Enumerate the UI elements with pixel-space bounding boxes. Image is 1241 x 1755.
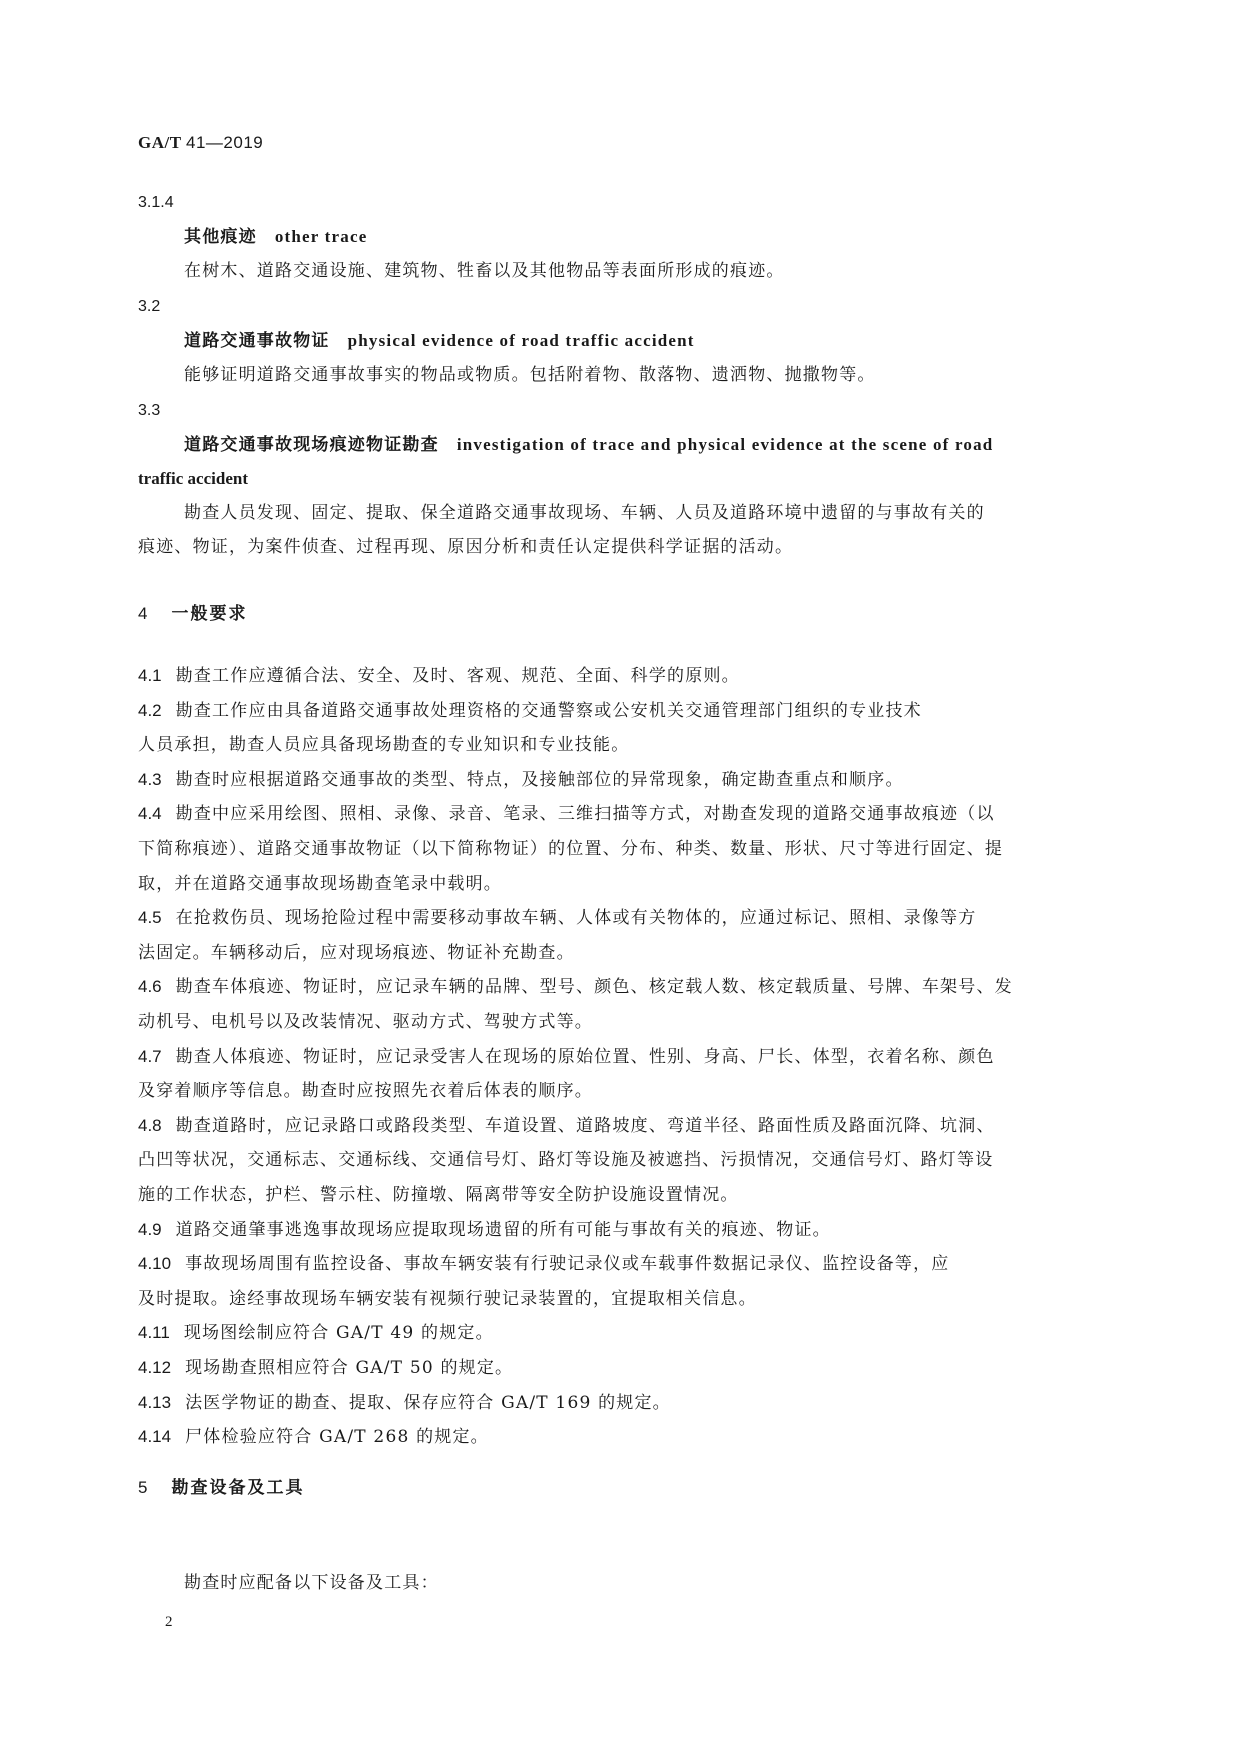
clause-number-3-1-4: 3.1.4 <box>138 192 174 214</box>
list-item-continuation: 动机号、电机号以及改装情况、驱动方式、驾驶方式等。 <box>138 1011 593 1033</box>
item-text: 勘查工作应由具备道路交通事故处理资格的交通警察或公安机关交通管理部门组织的专业技… <box>176 701 922 721</box>
term-en: investigation of trace and physical evid… <box>457 435 994 454</box>
term-3-1-4: 其他痕迹other trace <box>184 226 367 248</box>
section-number: 5 <box>138 1478 149 1497</box>
list-item-continuation: 施的工作状态，护栏、警示柱、防撞墩、隔离带等安全防护设施设置情况。 <box>138 1184 739 1206</box>
list-item: 4.13法医学物证的勘查、提取、保存应符合 GA/T 169 的规定。 <box>138 1392 671 1414</box>
item-number: 4.1 <box>138 665 162 687</box>
list-item: 4.9道路交通肇事逃逸事故现场应提取现场遗留的所有可能与事故有关的痕迹、物证。 <box>138 1219 831 1241</box>
clause-number-3-3: 3.3 <box>138 400 160 422</box>
term-en: other trace <box>275 227 368 246</box>
list-item-continuation: 法固定。车辆移动后，应对现场痕迹、物证补充勘查。 <box>138 942 575 964</box>
term-cn: 其他痕迹 <box>184 227 257 247</box>
document-page: GA/T 41—2019 3.1.4 其他痕迹other trace 在树木、道… <box>0 0 1241 1755</box>
term-3-3: 道路交通事故现场痕迹物证勘查investigation of trace and… <box>184 434 993 456</box>
item-number: 4.2 <box>138 700 162 722</box>
standard-number: GA/T 41—2019 <box>138 133 263 153</box>
item-text: 勘查时应根据道路交通事故的类型、特点，及接触部位的异常现象，确定勘查重点和顺序。 <box>176 770 904 790</box>
item-text: 施的工作状态，护栏、警示柱、防撞墩、隔离带等安全防护设施设置情况。 <box>138 1185 739 1205</box>
list-item: 4.7勘查人体痕迹、物证时，应记录受害人在现场的原始位置、性别、身高、尸长、体型… <box>138 1046 995 1068</box>
list-item: 4.4勘查中应采用绘图、照相、录像、录音、笔录、三维扫描等方式，对勘查发现的道路… <box>138 803 995 825</box>
definition-3-3-line1: 勘查人员发现、固定、提取、保全道路交通事故现场、车辆、人员及道路环境中遗留的与事… <box>184 502 985 524</box>
definition-3-3-line2: 痕迹、物证，为案件侦查、过程再现、原因分析和责任认定提供科学证据的活动。 <box>138 536 793 558</box>
section-title: 一般要求 <box>171 604 247 623</box>
term-cn: 道路交通事故物证 <box>184 331 330 351</box>
list-item: 4.5在抢救伤员、现场抢险过程中需要移动事故车辆、人体或有关物体的，应通过标记、… <box>138 907 976 929</box>
section-number: 4 <box>138 604 149 623</box>
item-text: 法医学物证的勘查、提取、保存应符合 GA/T 169 的规定。 <box>185 1393 671 1413</box>
item-number: 4.4 <box>138 803 162 825</box>
clause-number-3-2: 3.2 <box>138 296 160 318</box>
list-item: 4.8勘查道路时，应记录路口或路段类型、车道设置、道路坡度、弯道半径、路面性质及… <box>138 1115 995 1137</box>
item-number: 4.3 <box>138 769 162 791</box>
item-number: 4.14 <box>138 1426 171 1448</box>
list-item-continuation: 人员承担，勘查人员应具备现场勘查的专业知识和专业技能。 <box>138 734 629 756</box>
term-3-2: 道路交通事故物证physical evidence of road traffi… <box>184 330 695 352</box>
item-text: 勘查人体痕迹、物证时，应记录受害人在现场的原始位置、性别、身高、尸长、体型，衣着… <box>176 1047 995 1067</box>
item-number: 4.11 <box>138 1322 170 1344</box>
section-heading-4: 4一般要求 <box>138 603 247 625</box>
item-text: 事故现场周围有监控设备、事故车辆安装有行驶记录仪或车载事件数据记录仪、监控设备等… <box>185 1254 949 1274</box>
list-item: 4.12现场勘查照相应符合 GA/T 50 的规定。 <box>138 1357 513 1379</box>
term-cn: 道路交通事故现场痕迹物证勘查 <box>184 435 439 455</box>
item-number: 4.10 <box>138 1253 171 1275</box>
item-text: 勘查中应采用绘图、照相、录像、录音、笔录、三维扫描等方式，对勘查发现的道路交通事… <box>176 804 995 824</box>
item-number: 4.12 <box>138 1357 171 1379</box>
list-item: 4.11现场图绘制应符合 GA/T 49 的规定。 <box>138 1322 494 1344</box>
list-item-continuation: 凸凹等状况，交通标志、交通标线、交通信号灯、路灯等设施及被遮挡、污损情况，交通信… <box>138 1149 993 1171</box>
item-text: 人员承担，勘查人员应具备现场勘查的专业知识和专业技能。 <box>138 735 629 755</box>
item-text: 及时提取。途经事故现场车辆安装有视频行驶记录装置的，宜提取相关信息。 <box>138 1289 757 1309</box>
item-text: 现场图绘制应符合 GA/T 49 的规定。 <box>184 1323 494 1343</box>
item-text: 凸凹等状况，交通标志、交通标线、交通信号灯、路灯等设施及被遮挡、污损情况，交通信… <box>138 1150 993 1170</box>
item-number: 4.5 <box>138 907 162 929</box>
list-item: 4.10事故现场周围有监控设备、事故车辆安装有行驶记录仪或车载事件数据记录仪、监… <box>138 1253 950 1275</box>
item-text: 法固定。车辆移动后，应对现场痕迹、物证补充勘查。 <box>138 943 575 963</box>
item-text: 取，并在道路交通事故现场勘查笔录中载明。 <box>138 874 502 894</box>
item-number: 4.9 <box>138 1219 162 1241</box>
item-text: 及穿着顺序等信息。勘查时应按照先衣着后体表的顺序。 <box>138 1081 593 1101</box>
section-5-intro: 勘查时应配备以下设备及工具： <box>184 1572 439 1594</box>
list-item-continuation: 下简称痕迹）、道路交通事故物证（以下简称物证）的位置、分布、种类、数量、形状、尺… <box>138 838 1003 860</box>
item-text: 动机号、电机号以及改装情况、驱动方式、驾驶方式等。 <box>138 1012 593 1032</box>
list-item-continuation: 及时提取。途经事故现场车辆安装有视频行驶记录装置的，宜提取相关信息。 <box>138 1288 757 1310</box>
list-item: 4.2勘查工作应由具备道路交通事故处理资格的交通警察或公安机关交通管理部门组织的… <box>138 700 922 722</box>
term-en: physical evidence of road traffic accide… <box>348 331 695 350</box>
item-number: 4.6 <box>138 976 162 998</box>
item-text: 勘查道路时，应记录路口或路段类型、车道设置、道路坡度、弯道半径、路面性质及路面沉… <box>176 1116 995 1136</box>
item-text: 道路交通肇事逃逸事故现场应提取现场遗留的所有可能与事故有关的痕迹、物证。 <box>176 1220 831 1240</box>
list-item-continuation: 取，并在道路交通事故现场勘查笔录中载明。 <box>138 873 502 895</box>
item-number: 4.7 <box>138 1046 162 1068</box>
list-item: 4.3勘查时应根据道路交通事故的类型、特点，及接触部位的异常现象，确定勘查重点和… <box>138 769 904 791</box>
definition-3-2: 能够证明道路交通事故事实的物品或物质。包括附着物、散落物、遗洒物、抛撒物等。 <box>184 364 876 386</box>
list-item: 4.6勘查车体痕迹、物证时，应记录车辆的品牌、型号、颜色、核定载人数、核定载质量… <box>138 976 1013 998</box>
item-text: 勘查工作应遵循合法、安全、及时、客观、规范、全面、科学的原则。 <box>176 666 740 686</box>
list-item: 4.14尸体检验应符合 GA/T 268 的规定。 <box>138 1426 489 1448</box>
item-text: 在抢救伤员、现场抢险过程中需要移动事故车辆、人体或有关物体的，应通过标记、照相、… <box>176 908 977 928</box>
page-number: 2 <box>165 1614 173 1631</box>
list-item: 4.1勘查工作应遵循合法、安全、及时、客观、规范、全面、科学的原则。 <box>138 665 740 687</box>
item-text: 下简称痕迹）、道路交通事故物证（以下简称物证）的位置、分布、种类、数量、形状、尺… <box>138 839 1003 859</box>
section-title: 勘查设备及工具 <box>171 1478 304 1497</box>
standard-prefix: GA/T <box>138 133 181 152</box>
item-number: 4.8 <box>138 1115 162 1137</box>
standard-year: 41—2019 <box>186 133 263 152</box>
list-item-continuation: 及穿着顺序等信息。勘查时应按照先衣着后体表的顺序。 <box>138 1080 593 1102</box>
section-heading-5: 5勘查设备及工具 <box>138 1477 304 1499</box>
definition-3-1-4: 在树木、道路交通设施、建筑物、牲畜以及其他物品等表面所形成的痕迹。 <box>184 260 785 282</box>
item-text: 尸体检验应符合 GA/T 268 的规定。 <box>185 1427 489 1447</box>
item-number: 4.13 <box>138 1392 171 1414</box>
item-text: 勘查车体痕迹、物证时，应记录车辆的品牌、型号、颜色、核定载人数、核定载质量、号牌… <box>176 977 1013 997</box>
term-3-3-en-cont: traffic accident <box>138 468 248 490</box>
item-text: 现场勘查照相应符合 GA/T 50 的规定。 <box>185 1358 513 1378</box>
